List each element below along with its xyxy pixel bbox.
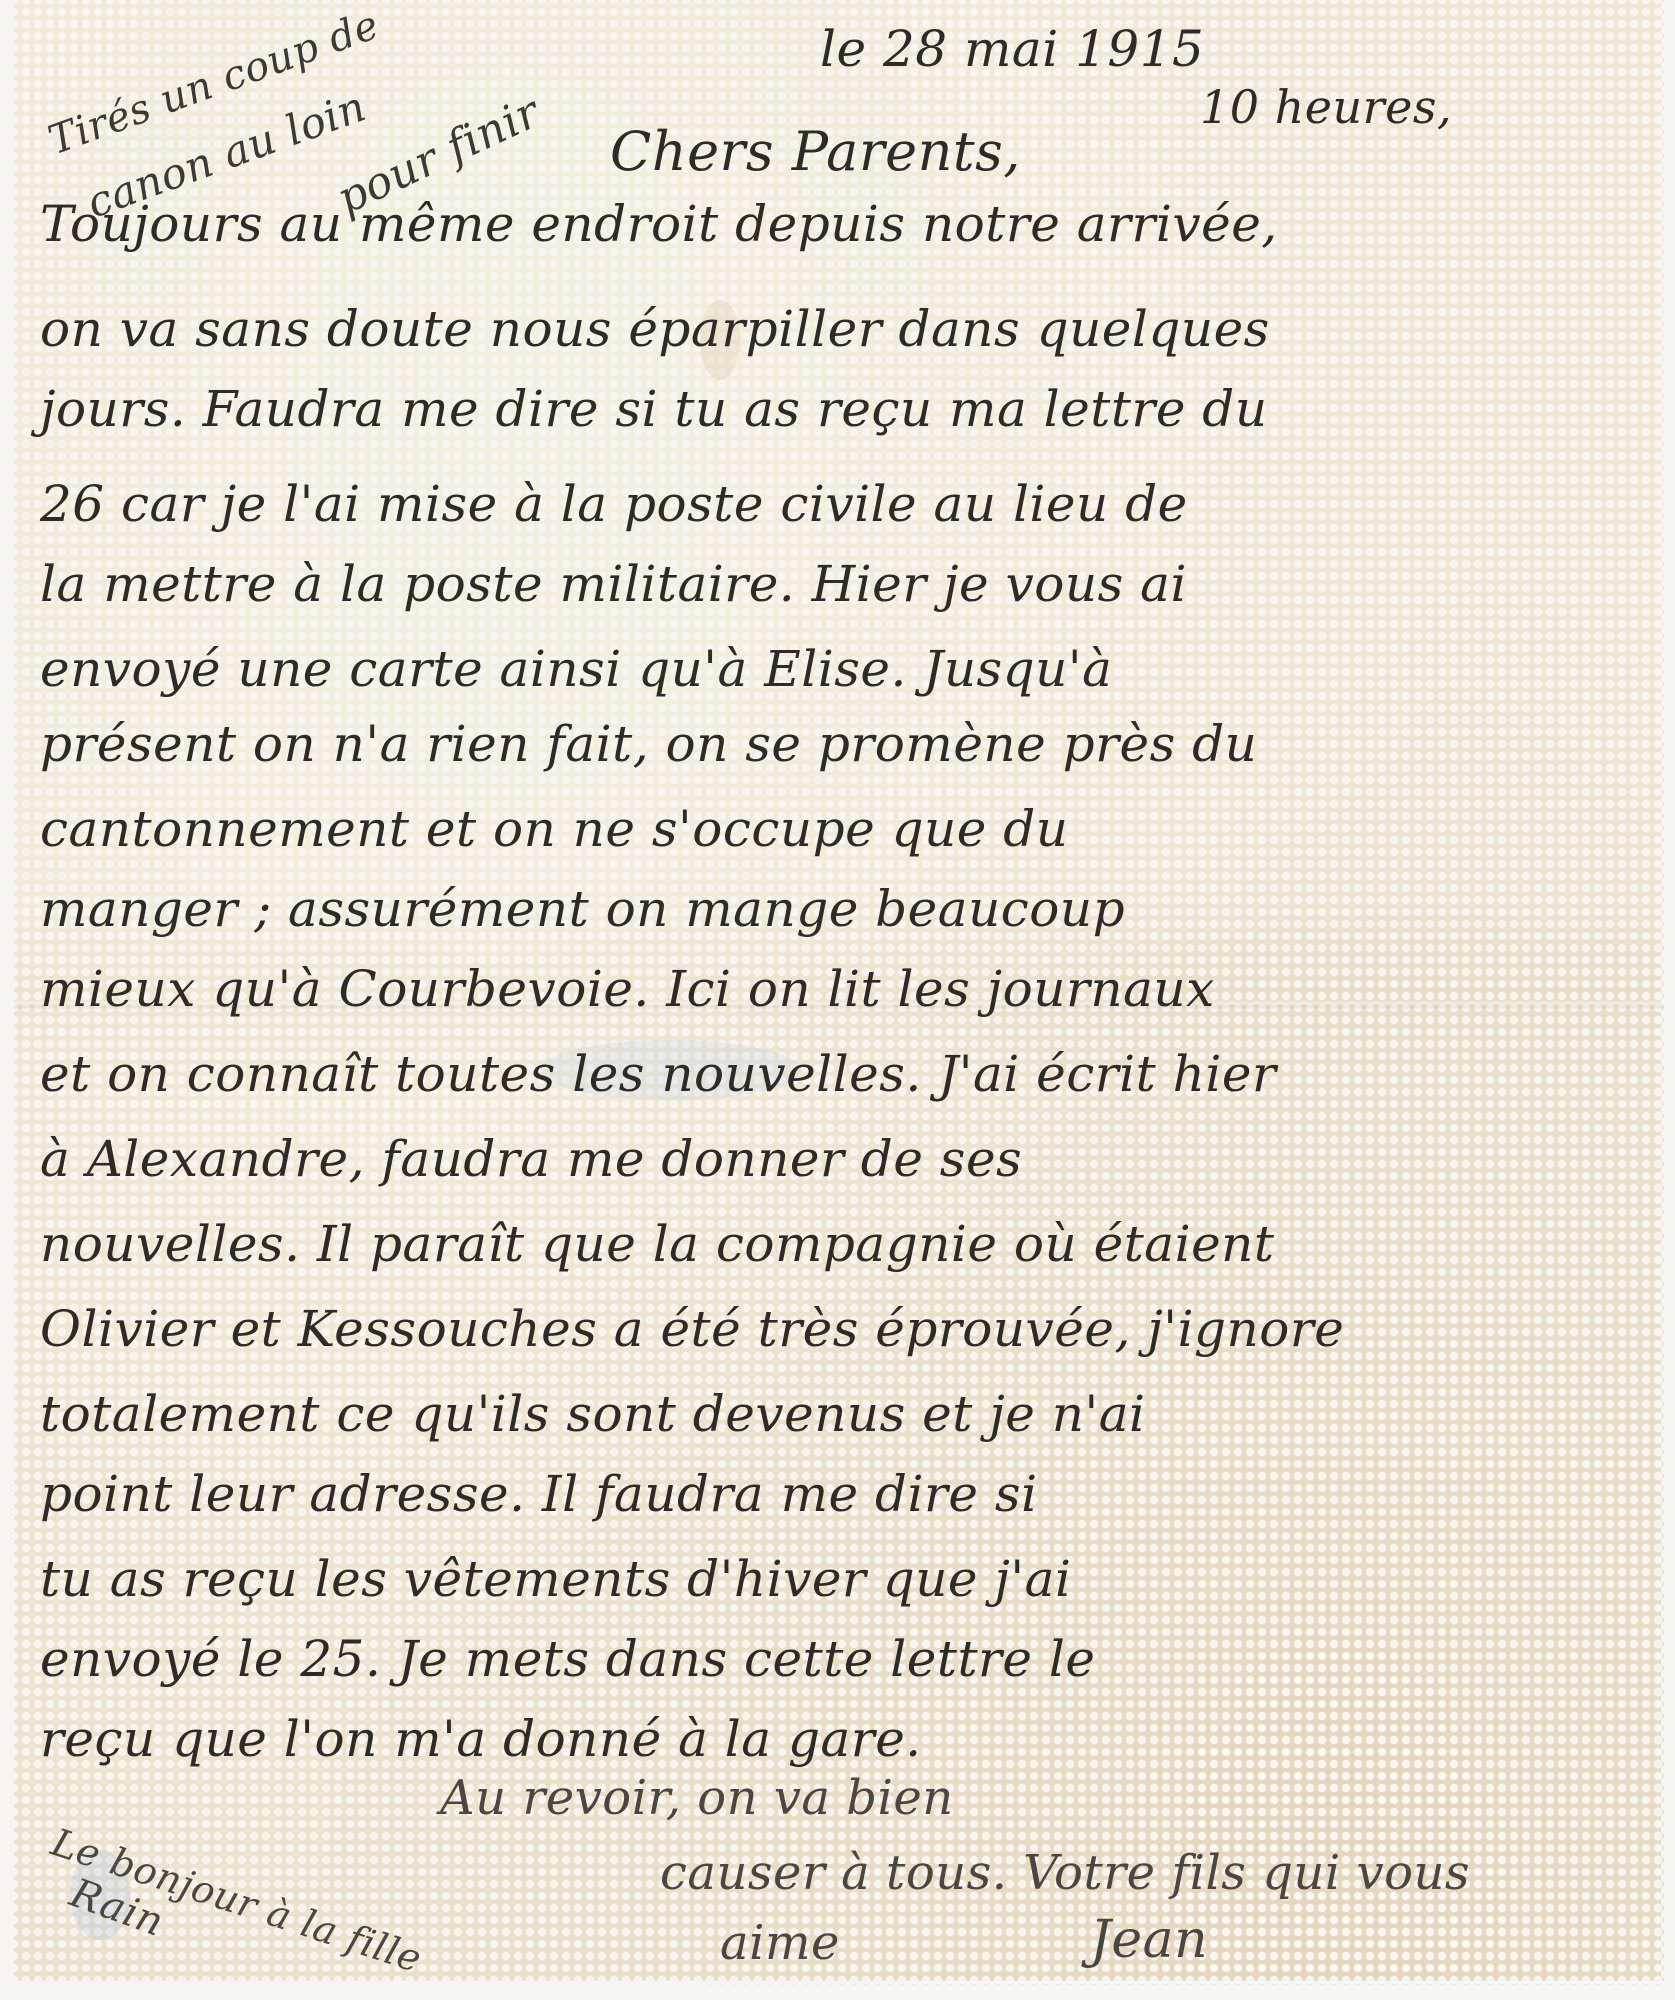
body-line: reçu que l'on m'a donné à la gare. bbox=[40, 1710, 922, 1768]
body-line: présent on n'a rien fait, on se promène … bbox=[40, 715, 1257, 773]
body-line: tu as reçu les vêtements d'hiver que j'a… bbox=[40, 1550, 1071, 1608]
body-line: envoyé le 25. Je mets dans cette lettre … bbox=[40, 1630, 1096, 1688]
body-line: cantonnement et on ne s'occupe que du bbox=[40, 800, 1068, 858]
body-line: à Alexandre, faudra me donner de ses bbox=[40, 1130, 1022, 1188]
body-line: manger ; assurément on mange beaucoup bbox=[40, 880, 1125, 938]
body-line: Toujours au même endroit depuis notre ar… bbox=[40, 195, 1278, 253]
salutation: Chers Parents, bbox=[610, 120, 1021, 183]
letter-date: le 28 mai 1915 bbox=[820, 20, 1204, 78]
body-line: et on connaît toutes les nouvelles. J'ai… bbox=[40, 1045, 1276, 1103]
perforated-edge-left bbox=[8, 0, 20, 1985]
closing-line: Au revoir, on va bien bbox=[440, 1770, 954, 1826]
body-line: totalement ce qu'ils sont devenus et je … bbox=[40, 1385, 1146, 1443]
perforated-edge-right bbox=[1654, 0, 1666, 1985]
body-line: la mettre à la poste militaire. Hier je … bbox=[40, 555, 1187, 613]
body-line: nouvelles. Il paraît que la compagnie où… bbox=[40, 1215, 1274, 1273]
body-line: on va sans doute nous éparpiller dans qu… bbox=[40, 300, 1270, 358]
body-line: Olivier et Kessouches a été très éprouvé… bbox=[40, 1300, 1344, 1358]
body-line: jours. Faudra me dire si tu as reçu ma l… bbox=[40, 380, 1268, 438]
closing-line: causer à tous. Votre fils qui vous bbox=[660, 1845, 1470, 1901]
letter-time: 10 heures, bbox=[1200, 80, 1452, 134]
closing-line: aime bbox=[720, 1915, 840, 1971]
signature: Jean bbox=[1090, 1910, 1208, 1970]
body-line: mieux qu'à Courbevoie. Ici on lit les jo… bbox=[40, 960, 1215, 1018]
body-line: envoyé une carte ainsi qu'à Elise. Jusqu… bbox=[40, 640, 1112, 698]
body-line: point leur adresse. Il faudra me dire si bbox=[40, 1465, 1038, 1523]
body-line: 26 car je l'ai mise à la poste civile au… bbox=[40, 475, 1188, 533]
